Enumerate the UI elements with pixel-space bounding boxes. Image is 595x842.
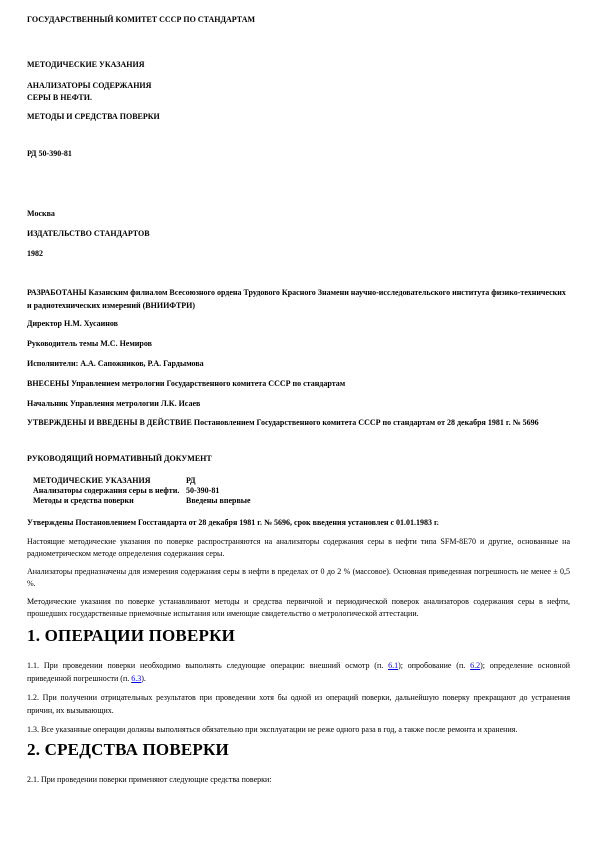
lead-line: Руководитель темы М.С. Немиров — [27, 339, 570, 349]
section-1-heading: 1. ОПЕРАЦИИ ПОВЕРКИ — [27, 626, 570, 646]
rnd-table-cell: МЕТОДИЧЕСКИЕ УКАЗАНИЯ — [33, 476, 186, 486]
title-line-2: СЕРЫ В НЕФТИ. — [27, 92, 570, 103]
para-2-1: 2.1. При проведении поверки применяют сл… — [27, 773, 570, 786]
link-clause-6-2[interactable]: 6.2 — [470, 661, 480, 670]
approved-note: УТВЕРЖДЕНЫ И ВВЕДЕНЫ В ДЕЙСТВИЕ Постанов… — [27, 417, 570, 429]
doc-number: РД 50-390-81 — [27, 149, 570, 159]
approval-note: Утверждены Постановлением Госстандарта о… — [27, 518, 570, 528]
submitted-note: ВНЕСЕНЫ Управлением метрологии Государст… — [27, 379, 570, 389]
org-line: ГОСУДАРСТВЕННЫЙ КОМИТЕТ СССР ПО СТАНДАРТ… — [27, 15, 570, 25]
title-line-1: АНАЛИЗАТОРЫ СОДЕРЖАНИЯ — [27, 80, 570, 91]
para-1-2: 1.2. При получении отрицательных результ… — [27, 691, 570, 717]
para-1-1: 1.1. При проведении поверки необходимо в… — [27, 659, 570, 685]
intro-paragraph-3: Методические указания по поверке устанав… — [27, 596, 570, 620]
section-2-heading: 2. СРЕДСТВА ПОВЕРКИ — [27, 740, 570, 760]
city-line: Москва — [27, 209, 570, 219]
rnd-table-right-column: РД 50-390-81 Введены впервые — [186, 476, 251, 506]
rnd-heading: РУКОВОДЯЩИЙ НОРМАТИВНЫЙ ДОКУМЕНТ — [27, 454, 570, 464]
year-line: 1982 — [27, 249, 570, 259]
link-clause-6-3[interactable]: 6.3 — [131, 674, 141, 683]
link-clause-6-1[interactable]: 6.1 — [388, 661, 398, 670]
head-line: Начальник Управления метрологии Л.К. Иса… — [27, 399, 570, 409]
rnd-table-cell: Анализаторы содержания серы в нефти. — [33, 486, 186, 496]
intro-paragraph-1: Настоящие методические указания по повер… — [27, 536, 570, 560]
executors-line: Исполнители: А.А. Сапожников, Р.А. Гарды… — [27, 359, 570, 369]
intro-paragraph-2: Анализаторы предназначены для измерения … — [27, 566, 570, 590]
document-page: ГОСУДАРСТВЕННЫЙ КОМИТЕТ СССР ПО СТАНДАРТ… — [0, 0, 595, 786]
rnd-table-cell: Введены впервые — [186, 496, 251, 506]
developed-note: РАЗРАБОТАНЫ Казанским филиалом Всесоюзно… — [27, 286, 570, 312]
rnd-table: МЕТОДИЧЕСКИЕ УКАЗАНИЯ Анализаторы содерж… — [27, 476, 570, 506]
rnd-table-cell: Методы и средства поверки — [33, 496, 186, 506]
para-1-1-segment: ). — [141, 674, 146, 683]
rnd-table-cell: РД — [186, 476, 251, 486]
doc-type-line: МЕТОДИЧЕСКИЕ УКАЗАНИЯ — [27, 60, 570, 70]
publisher-line: ИЗДАТЕЛЬСТВО СТАНДАРТОВ — [27, 229, 570, 239]
para-1-1-segment: 1.1. При проведении поверки необходимо в… — [27, 661, 388, 670]
director-line: Директор Н.М. Хусаинов — [27, 319, 570, 329]
rnd-table-cell: 50-390-81 — [186, 486, 251, 496]
rnd-table-left-column: МЕТОДИЧЕСКИЕ УКАЗАНИЯ Анализаторы содерж… — [33, 476, 186, 506]
subtitle-line: МЕТОДЫ И СРЕДСТВА ПОВЕРКИ — [27, 112, 570, 122]
para-1-1-segment: ); опробование (п. — [398, 661, 470, 670]
para-1-3: 1.3. Все указанные операции должны выпол… — [27, 723, 570, 736]
